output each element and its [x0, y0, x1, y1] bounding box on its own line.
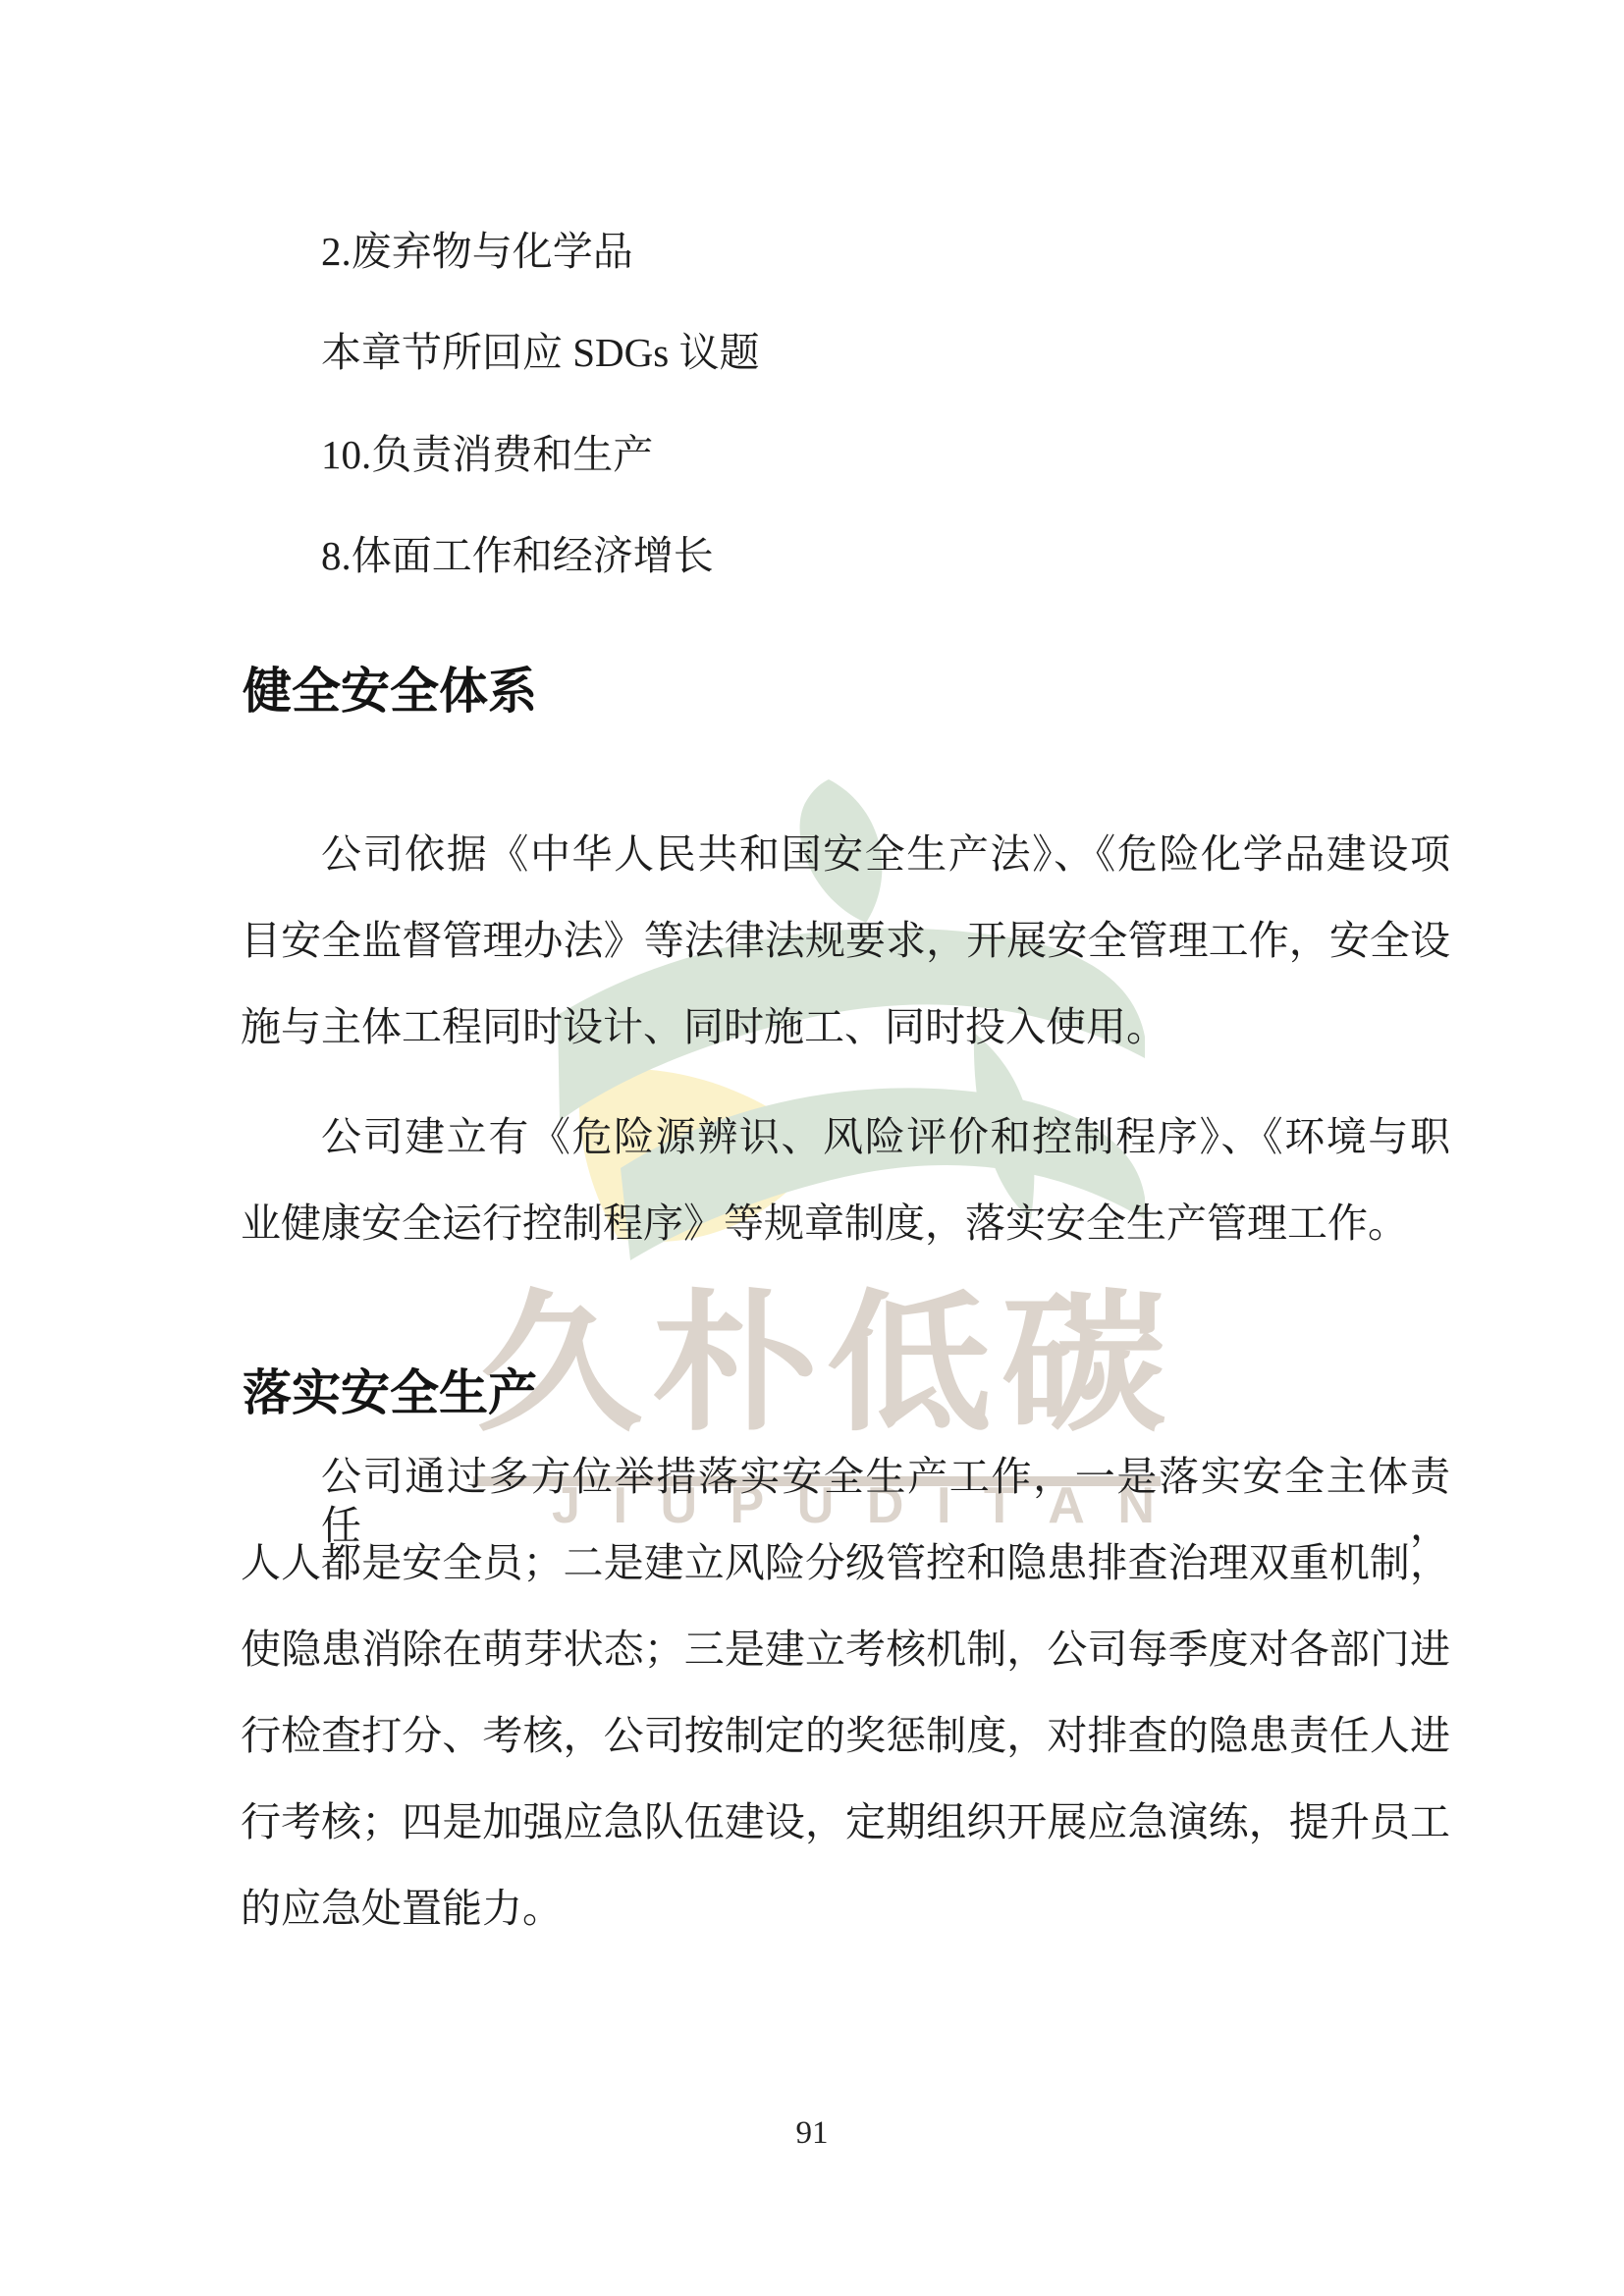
section-heading: 健全安全体系	[243, 662, 537, 721]
paragraph-line: 施与主体工程同时设计、同时施工、同时投入使用。	[241, 1002, 1450, 1051]
paragraph-line: 行检查打分、考核，公司按制定的奖惩制度，对排查的隐患责任人进	[241, 1711, 1450, 1760]
list-item-line: 本章节所回应 SDGs 议题	[241, 328, 1450, 377]
paragraph-line: 行考核；四是加强应急队伍建设，定期组织开展应急演练，提升员工	[241, 1797, 1450, 1846]
paragraph-line: 使隐患消除在萌芽状态；三是建立考核机制，公司每季度对各部门进	[241, 1625, 1450, 1674]
paragraph-line: 公司依据《中华人民共和国安全生产法》、《危险化学品建设项	[241, 829, 1450, 879]
list-item-line: 2.废弃物与化学品	[241, 227, 1450, 276]
list-item-line: 10.负责消费和生产	[241, 430, 1450, 479]
list-item-line: 8.体面工作和经济增长	[241, 531, 1450, 580]
paragraph-line: 人人都是安全员；二是建立风险分级管控和隐患排查治理双重机制，	[241, 1538, 1450, 1587]
paragraph-line: 目安全监督管理办法》等法律法规要求，开展安全管理工作，安全设	[241, 916, 1450, 965]
page-content: 2.废弃物与化学品本章节所回应 SDGs 议题10.负责消费和生产8.体面工作和…	[0, 0, 1624, 2296]
paragraph-line: 公司建立有《危险源辨识、风险评价和控制程序》、《环境与职	[241, 1112, 1450, 1161]
section-heading: 落实安全生产	[243, 1363, 537, 1422]
paragraph-line: 业健康安全运行控制程序》等规章制度，落实安全生产管理工作。	[241, 1199, 1450, 1248]
paragraph-line: 的应急处置能力。	[241, 1884, 1450, 1933]
document-page: 久朴低碳 JIUPUDITAN 2.废弃物与化学品本章节所回应 SDGs 议题1…	[0, 0, 1624, 2296]
paragraph-line: 公司通过多方位举措落实安全生产工作，一是落实安全主体责任，	[241, 1452, 1450, 1550]
